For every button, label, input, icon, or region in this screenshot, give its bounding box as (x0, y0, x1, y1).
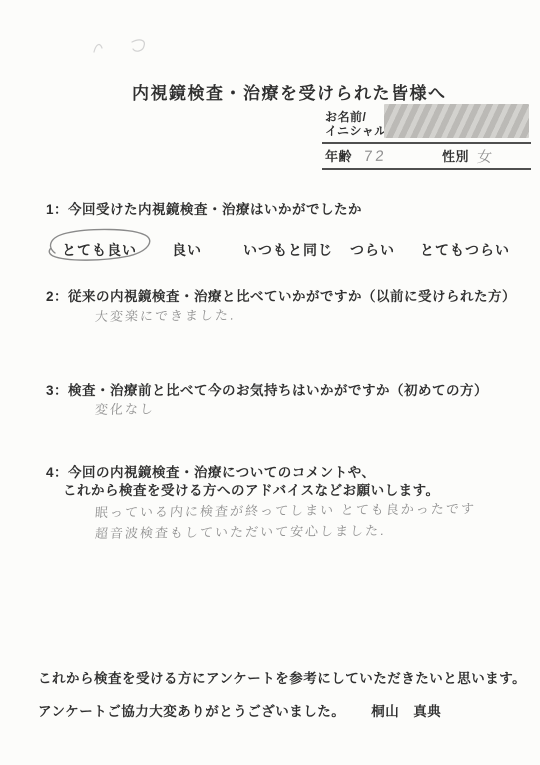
option-yoi: 良い (172, 240, 202, 260)
option-totemo-yoi: とても良い (62, 240, 137, 260)
footer-thanks-line2: アンケートご協力大変ありがとうございました。 (38, 704, 345, 719)
option-totemo-tsurai: とてもつらい (420, 240, 510, 260)
pencil-scribble (88, 34, 158, 62)
gender-label: 性別 (442, 150, 469, 164)
rule-line-2 (322, 168, 531, 170)
question-3-label: 3：検査・治療前と比べて今のお気持ちはいかがですか（初めての方） (46, 379, 488, 399)
option-tsurai: つらい (350, 240, 395, 260)
name-value-redacted (384, 104, 529, 138)
name-label-line1: お名前/ (325, 110, 366, 124)
patient-info-block: お名前/ イニシャル 年齢 72 性別 女 (322, 102, 531, 172)
question-1-label: 1：今回受けた内視鏡検査・治療はいかがでしたか (46, 198, 362, 218)
signature-name: 桐山 真典 (371, 704, 441, 719)
question-3-answer-handwritten: 変化なし (94, 398, 156, 418)
footer-thanks-line1: これから検査を受ける方にアンケートを参考にしていただきたいと思います。 (38, 667, 526, 687)
rule-line-1 (322, 142, 531, 144)
question-4-label-line1: 4：今回の内視鏡検査・治療についてのコメントや、 (46, 461, 375, 481)
question-4-answer-line1-handwritten: 眠っている内に検査が終ってしまい とても良かったです (94, 498, 476, 521)
question-2-label: 2：従来の内視鏡検査・治療と比べていかがですか（以前に受けられた方） (46, 285, 516, 305)
name-label-line2: イニシャル (325, 124, 387, 138)
page-title: 内視鏡検査・治療を受けられた皆様へ (132, 79, 447, 104)
scanned-questionnaire-page: 内視鏡検査・治療を受けられた皆様へ お名前/ イニシャル 年齢 72 性別 女 … (0, 0, 540, 765)
age-label: 年齢 (325, 150, 352, 164)
question-2-answer-handwritten: 大変楽にできました. (94, 305, 236, 325)
question-4-label-line2: これから検査を受ける方へのアドバイスなどお願いします。 (63, 479, 440, 499)
footer-thanks-line2-row: アンケートご協力大変ありがとうございました。桐山 真典 (38, 700, 441, 721)
age-value-handwritten: 72 (363, 148, 387, 165)
question-4-answer-line2-handwritten: 超音波検査もしていただいて安心しました. (94, 520, 386, 542)
option-itsumo-to-onaji: いつもと同じ (243, 240, 333, 260)
gender-value-handwritten: 女 (476, 146, 496, 167)
